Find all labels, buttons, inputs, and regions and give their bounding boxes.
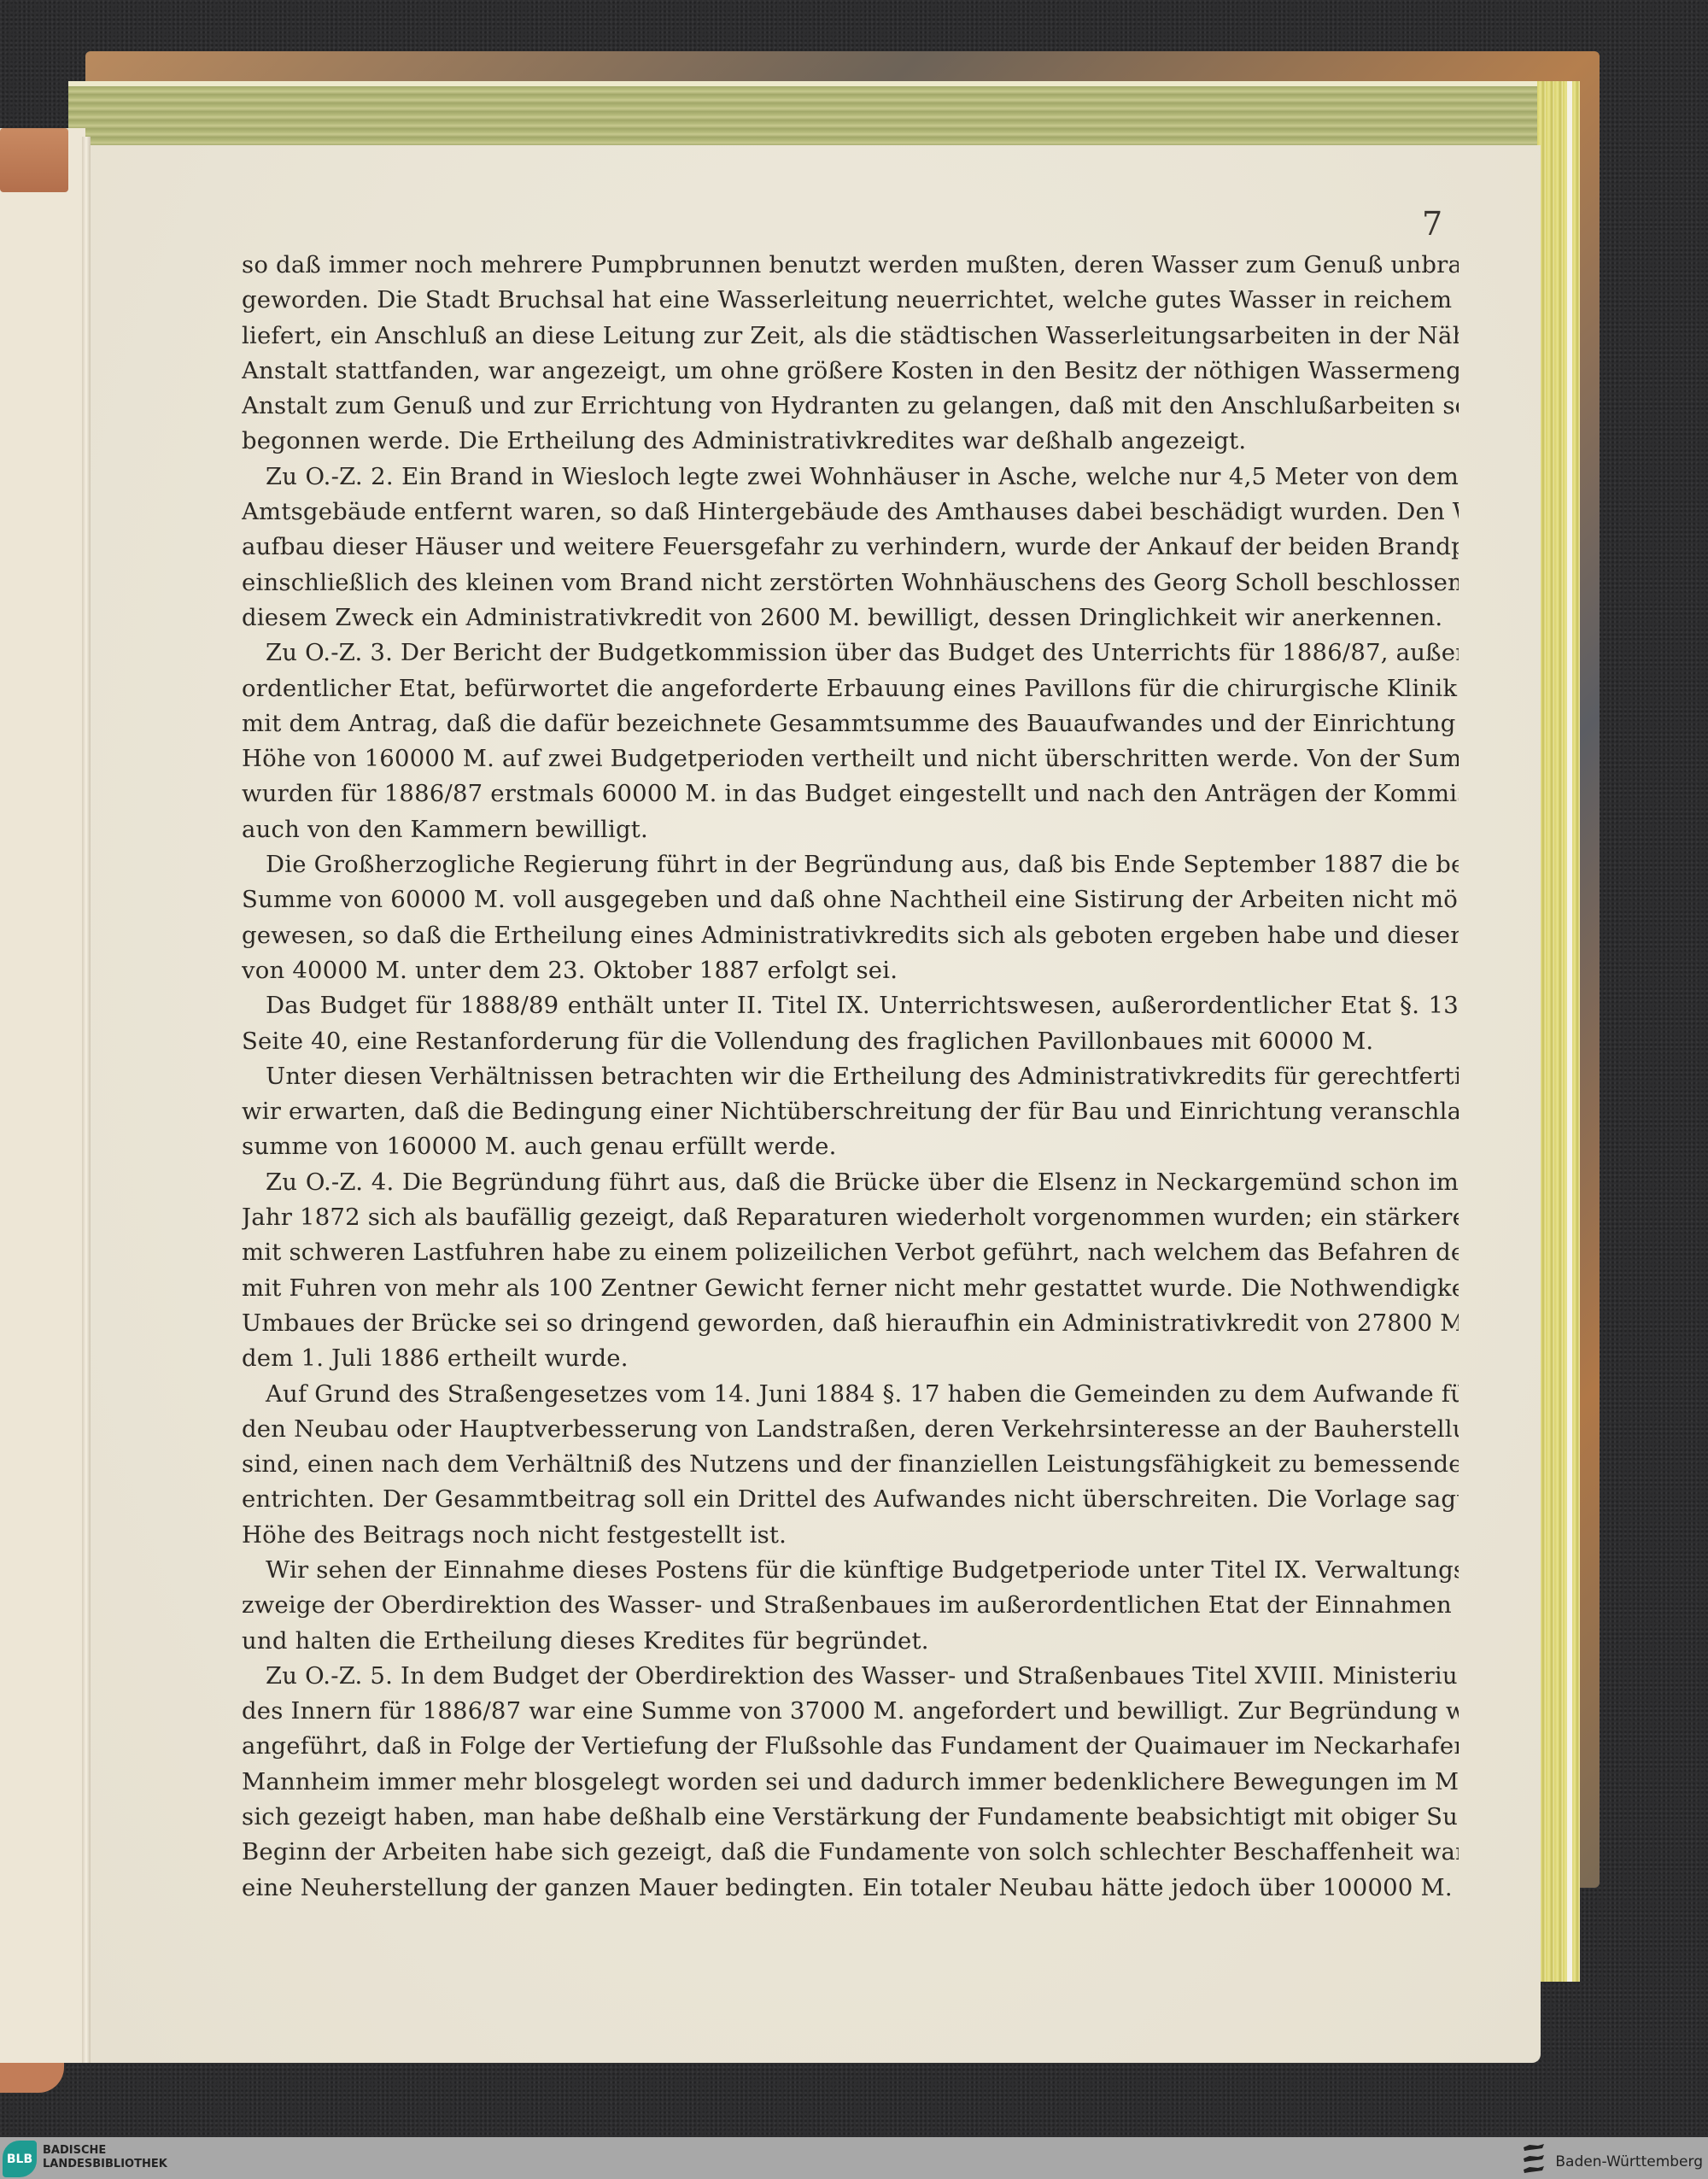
text-line: ordentlicher Etat, befürwortet die angef… bbox=[242, 671, 1459, 706]
text-line: Umbaues der Brücke sei so dringend gewor… bbox=[242, 1306, 1459, 1341]
text-line: so daß immer noch mehrere Pumpbrunnen be… bbox=[242, 248, 1459, 283]
text-line: einschließlich des kleinen vom Brand nic… bbox=[242, 565, 1459, 600]
text-line: Zu O.-Z. 4. Die Begründung führt aus, da… bbox=[242, 1165, 1459, 1200]
three-lions-coat-of-arms-icon bbox=[1521, 2142, 1547, 2176]
text-line: Höhe des Beitrags noch nicht festgestell… bbox=[242, 1518, 1459, 1553]
text-line: auch von den Kammern bewilligt. bbox=[242, 812, 1459, 847]
baden-wuerttemberg-logo[interactable]: Baden-Württemberg bbox=[1521, 2147, 1703, 2176]
text-line: Unter diesen Verhältnissen betrachten wi… bbox=[242, 1059, 1459, 1094]
text-line: Zu O.-Z. 5. In dem Budget der Oberdirekt… bbox=[242, 1659, 1459, 1694]
text-line: Höhe von 160000 M. auf zwei Budgetperiod… bbox=[242, 741, 1459, 776]
text-line: von 40000 M. unter dem 23. Oktober 1887 … bbox=[242, 953, 1459, 988]
text-line: Auf Grund des Straßengesetzes vom 14. Ju… bbox=[242, 1377, 1459, 1412]
book-fore-edge-highlight bbox=[1567, 81, 1572, 1982]
text-line: aufbau dieser Häuser und weitere Feuersg… bbox=[242, 530, 1459, 565]
text-line: wir erwarten, daß die Bedingung einer Ni… bbox=[242, 1094, 1459, 1129]
text-line: Amtsgebäude entfernt waren, so daß Hinte… bbox=[242, 495, 1459, 530]
left-cover-corner-bottom bbox=[0, 2063, 64, 2093]
text-line: gewesen, so daß die Ertheilung eines Adm… bbox=[242, 918, 1459, 953]
text-line: dem 1. Juli 1886 ertheilt wurde. bbox=[242, 1341, 1459, 1376]
text-line: Anstalt zum Genuß und zur Errichtung von… bbox=[242, 389, 1459, 424]
book-fore-edge bbox=[1537, 81, 1580, 1982]
text-line: begonnen werde. Die Ertheilung des Admin… bbox=[242, 424, 1459, 459]
facing-page bbox=[0, 128, 85, 2063]
text-line: sich gezeigt haben, man habe deßhalb ein… bbox=[242, 1800, 1459, 1835]
text-line: Anstalt stattfanden, war angezeigt, um o… bbox=[242, 354, 1459, 389]
page-gutter bbox=[82, 137, 91, 2063]
text-line: liefert, ein Anschluß an diese Leitung z… bbox=[242, 319, 1459, 354]
library-name-line2: LANDESBIBLIOTHEK bbox=[43, 2158, 167, 2171]
text-line: Zu O.-Z. 2. Ein Brand in Wiesloch legte … bbox=[242, 460, 1459, 495]
text-line: Summe von 60000 M. voll ausgegeben und d… bbox=[242, 882, 1459, 917]
text-line: entrichten. Der Gesammtbeitrag soll ein … bbox=[242, 1482, 1459, 1517]
text-line: Wir sehen der Einnahme dieses Postens fü… bbox=[242, 1553, 1459, 1588]
text-line: Beginn der Arbeiten habe sich gezeigt, d… bbox=[242, 1835, 1459, 1870]
text-line: summe von 160000 M. auch genau erfüllt w… bbox=[242, 1129, 1459, 1164]
text-line: mit Fuhren von mehr als 100 Zentner Gewi… bbox=[242, 1271, 1459, 1306]
left-cover-corner-top bbox=[0, 128, 68, 192]
text-line: Jahr 1872 sich als baufällig gezeigt, da… bbox=[242, 1200, 1459, 1235]
text-line: Die Großherzogliche Regierung führt in d… bbox=[242, 847, 1459, 882]
text-line: des Innern für 1886/87 war eine Summe vo… bbox=[242, 1694, 1459, 1729]
text-line: Seite 40, eine Restanforderung für die V… bbox=[242, 1024, 1459, 1059]
text-line: Zu O.-Z. 3. Der Bericht der Budgetkommis… bbox=[242, 636, 1459, 671]
text-line: mit dem Antrag, daß die dafür bezeichnet… bbox=[242, 706, 1459, 741]
text-line: Mannheim immer mehr blosgelegt worden se… bbox=[242, 1765, 1459, 1800]
page-number: 7 bbox=[1422, 205, 1442, 243]
library-name[interactable]: BADISCHE LANDESBIBLIOTHEK bbox=[43, 2144, 167, 2171]
text-line: zweige der Oberdirektion des Wasser- und… bbox=[242, 1588, 1459, 1623]
text-line: sind, einen nach dem Verhältniß des Nutz… bbox=[242, 1447, 1459, 1482]
book-top-edge bbox=[68, 81, 1571, 150]
text-line: wurden für 1886/87 erstmals 60000 M. in … bbox=[242, 776, 1459, 811]
library-name-line1: BADISCHE bbox=[43, 2144, 167, 2158]
viewer-footer-bar: BLB BADISCHE LANDESBIBLIOTHEK Baden-Würt… bbox=[0, 2137, 1708, 2179]
blb-logo-icon[interactable]: BLB bbox=[3, 2141, 37, 2177]
text-line: den Neubau oder Hauptverbesserung von La… bbox=[242, 1412, 1459, 1447]
text-line: und halten die Ertheilung dieses Kredite… bbox=[242, 1624, 1459, 1659]
text-line: Das Budget für 1888/89 enthält unter II.… bbox=[242, 988, 1459, 1023]
text-line: mit schweren Lastfuhren habe zu einem po… bbox=[242, 1235, 1459, 1270]
state-name: Baden-Württemberg bbox=[1555, 2153, 1703, 2170]
text-line: angeführt, daß in Folge der Vertiefung d… bbox=[242, 1729, 1459, 1764]
text-line: geworden. Die Stadt Bruchsal hat eine Wa… bbox=[242, 283, 1459, 318]
text-line: diesem Zweck ein Administrativkredit von… bbox=[242, 600, 1459, 636]
text-line: eine Neuherstellung der ganzen Mauer bed… bbox=[242, 1871, 1459, 1906]
page-body-text: so daß immer noch mehrere Pumpbrunnen be… bbox=[242, 248, 1459, 1906]
